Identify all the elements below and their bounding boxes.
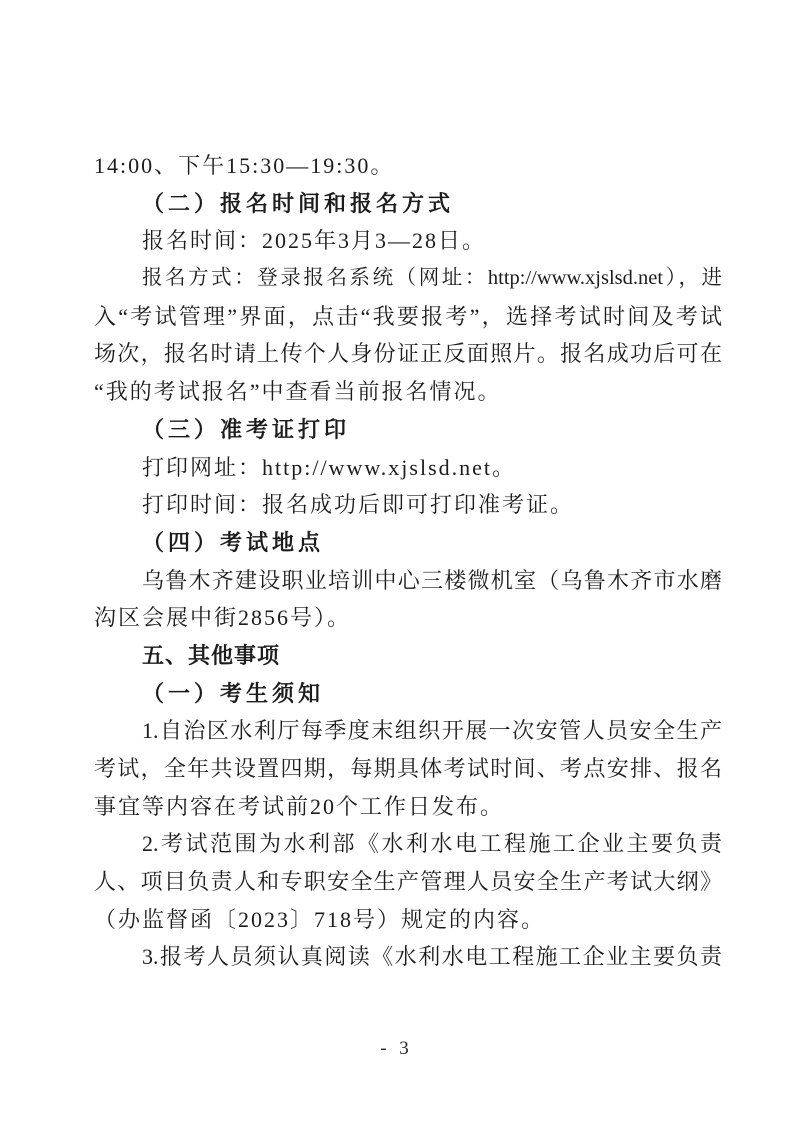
body-line: 乌鲁木齐建设职业培训中心三楼微机室（乌鲁木齐市水磨	[94, 562, 722, 600]
document-page: 14:00、下午15:30—19:30。 （二）报名时间和报名方式 报名时间：2…	[0, 0, 793, 1122]
heading-other-matters: 五、其他事项	[94, 637, 722, 675]
heading-candidate-notes: （一）考生须知	[94, 675, 722, 713]
body-line: 1.自治区水利厅每季度末组织开展一次安管人员安全生产	[94, 712, 722, 750]
body-line: 事宜等内容在考试前20个工作日发布。	[94, 788, 722, 826]
body-line: （办监督函〔2023〕718号）规定的内容。	[94, 901, 722, 939]
body-line: “我的考试报名”中查看当前报名情况。	[94, 373, 722, 411]
body-line: 打印时间：报名成功后即可打印准考证。	[94, 486, 722, 524]
body-line: 3.报考人员须认真阅读《水利水电工程施工企业主要负责	[94, 938, 722, 976]
body-line: 沟区会展中街2856号）。	[94, 599, 722, 637]
heading-exam-location: （四）考试地点	[94, 524, 722, 562]
body-line: 2.考试范围为水利部《水利水电工程施工企业主要负责	[94, 825, 722, 863]
body-line: 14:00、下午15:30—19:30。	[94, 147, 722, 185]
body-line-print-url: 打印网址：http://www.xjslsd.net。	[94, 449, 722, 487]
heading-admission-ticket-print: （三）准考证打印	[94, 411, 722, 449]
body-line: 人、项目负责人和专职安全生产管理人员安全生产考试大纲》	[94, 863, 722, 901]
body-line: 考试，全年共设置四期，每期具体考试时间、考点安排、报名	[94, 750, 722, 788]
body-line-registration-url: 报名方式：登录报名系统（网址：http://www.xjslsd.net），进	[94, 260, 722, 298]
page-number: - 3	[0, 1036, 793, 1062]
body-line: 场次，报名时请上传个人身份证正反面照片。报名成功后可在	[94, 335, 722, 373]
heading-registration-time-method: （二）报名时间和报名方式	[94, 185, 722, 223]
body-line: 报名时间：2025年3月3—28日。	[94, 222, 722, 260]
body-line: 入“考试管理”界面，点击“我要报考”，选择考试时间及考试	[94, 298, 722, 336]
document-body: 14:00、下午15:30—19:30。 （二）报名时间和报名方式 报名时间：2…	[94, 147, 722, 976]
